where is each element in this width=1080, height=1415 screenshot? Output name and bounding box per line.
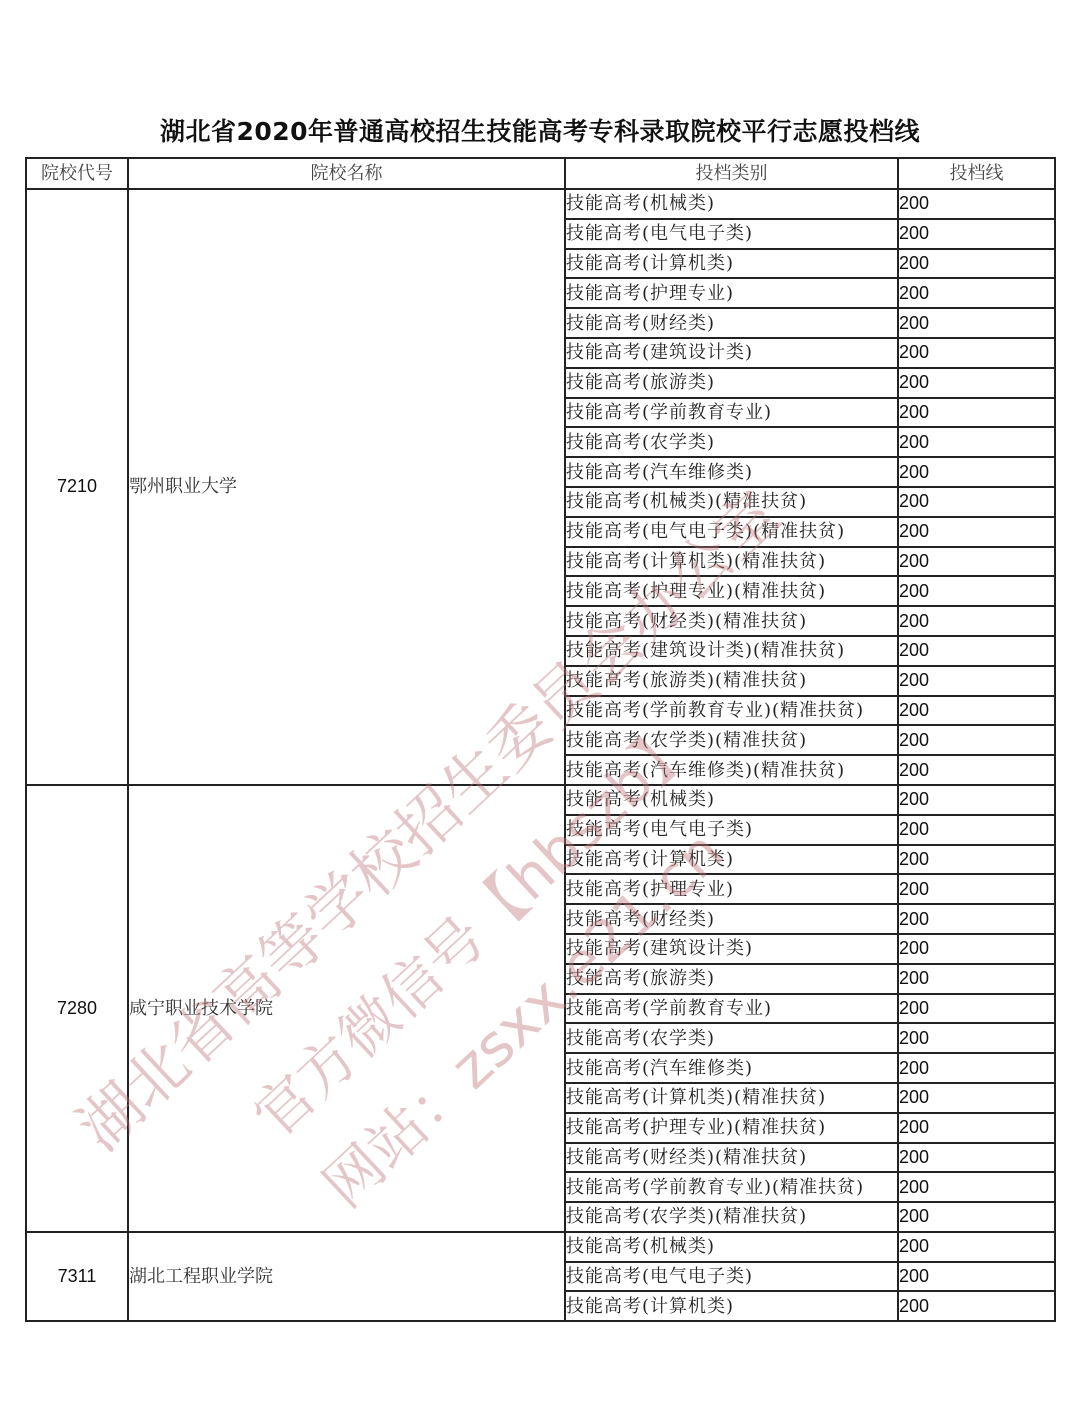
header-school-code: 院校代号 — [26, 158, 128, 189]
table-body: 7210鄂州职业大学技能高考(机械类)200技能高考(电气电子类)200技能高考… — [26, 189, 1055, 1321]
admission-category: 技能高考(护理专业) — [565, 874, 898, 904]
score-line: 200 — [898, 904, 1055, 934]
school-name: 湖北工程职业学院 — [128, 1232, 565, 1321]
score-line: 200 — [898, 1232, 1055, 1262]
admission-category: 技能高考(汽车维修类) — [565, 457, 898, 487]
school-name: 咸宁职业技术学院 — [128, 785, 565, 1232]
table-row: 7210鄂州职业大学技能高考(机械类)200 — [26, 189, 1055, 219]
score-line: 200 — [898, 785, 1055, 815]
admission-category: 技能高考(学前教育专业) — [565, 994, 898, 1024]
admission-category: 技能高考(电气电子类)(精准扶贫) — [565, 517, 898, 547]
score-line: 200 — [898, 1113, 1055, 1143]
school-code: 7210 — [26, 189, 128, 785]
school-code: 7280 — [26, 785, 128, 1232]
score-line: 200 — [898, 249, 1055, 279]
admission-category: 技能高考(电气电子类) — [565, 815, 898, 845]
score-line: 200 — [898, 278, 1055, 308]
score-line: 200 — [898, 576, 1055, 606]
score-line: 200 — [898, 636, 1055, 666]
score-line: 200 — [898, 1083, 1055, 1113]
admission-category: 技能高考(财经类) — [565, 904, 898, 934]
admission-category: 技能高考(农学类) — [565, 427, 898, 457]
admission-category: 技能高考(建筑设计类) — [565, 934, 898, 964]
admission-category: 技能高考(计算机类) — [565, 1291, 898, 1321]
admission-category: 技能高考(农学类)(精准扶贫) — [565, 725, 898, 755]
admission-score-table: 院校代号 院校名称 投档类别 投档线 7210鄂州职业大学技能高考(机械类)20… — [25, 157, 1056, 1322]
score-line: 200 — [898, 815, 1055, 845]
score-line: 200 — [898, 457, 1055, 487]
school-name: 鄂州职业大学 — [128, 189, 565, 785]
score-line: 200 — [898, 1262, 1055, 1292]
admission-category: 技能高考(汽车维修类) — [565, 1053, 898, 1083]
admission-category: 技能高考(学前教育专业)(精准扶贫) — [565, 1172, 898, 1202]
score-line: 200 — [898, 934, 1055, 964]
admission-category: 技能高考(建筑设计类) — [565, 338, 898, 368]
score-line: 200 — [898, 1053, 1055, 1083]
admission-category: 技能高考(旅游类) — [565, 964, 898, 994]
admission-category: 技能高考(汽车维修类)(精准扶贫) — [565, 755, 898, 785]
admission-category: 技能高考(建筑设计类)(精准扶贫) — [565, 636, 898, 666]
score-line: 200 — [898, 398, 1055, 428]
score-line: 200 — [898, 1172, 1055, 1202]
header-category: 投档类别 — [565, 158, 898, 189]
score-line: 200 — [898, 874, 1055, 904]
admission-category: 技能高考(旅游类) — [565, 368, 898, 398]
score-line: 200 — [898, 845, 1055, 875]
score-line: 200 — [898, 308, 1055, 338]
score-line: 200 — [898, 427, 1055, 457]
admission-category: 技能高考(电气电子类) — [565, 219, 898, 249]
score-line: 200 — [898, 1143, 1055, 1173]
score-line: 200 — [898, 1202, 1055, 1232]
admission-category: 技能高考(学前教育专业)(精准扶贫) — [565, 696, 898, 726]
admission-category: 技能高考(计算机类) — [565, 845, 898, 875]
score-line: 200 — [898, 755, 1055, 785]
admission-category: 技能高考(财经类)(精准扶贫) — [565, 1143, 898, 1173]
admission-category: 技能高考(计算机类) — [565, 249, 898, 279]
admission-category: 技能高考(电气电子类) — [565, 1262, 898, 1292]
table-row: 7311湖北工程职业学院技能高考(机械类)200 — [26, 1232, 1055, 1262]
table-row: 7280咸宁职业技术学院技能高考(机械类)200 — [26, 785, 1055, 815]
admission-category: 技能高考(护理专业)(精准扶贫) — [565, 576, 898, 606]
score-line: 200 — [898, 219, 1055, 249]
score-line: 200 — [898, 606, 1055, 636]
admission-category: 技能高考(护理专业)(精准扶贫) — [565, 1113, 898, 1143]
admission-category: 技能高考(机械类)(精准扶贫) — [565, 487, 898, 517]
score-line: 200 — [898, 994, 1055, 1024]
header-school-name: 院校名称 — [128, 158, 565, 189]
score-line: 200 — [898, 338, 1055, 368]
admission-category: 技能高考(机械类) — [565, 189, 898, 219]
score-line: 200 — [898, 696, 1055, 726]
admission-category: 技能高考(财经类) — [565, 308, 898, 338]
admission-category: 技能高考(计算机类)(精准扶贫) — [565, 547, 898, 577]
admission-category: 技能高考(旅游类)(精准扶贫) — [565, 666, 898, 696]
admission-category: 技能高考(农学类) — [565, 1023, 898, 1053]
score-line: 200 — [898, 487, 1055, 517]
score-line: 200 — [898, 725, 1055, 755]
school-code: 7311 — [26, 1232, 128, 1321]
table-header-row: 院校代号 院校名称 投档类别 投档线 — [26, 158, 1055, 189]
admission-category: 技能高考(财经类)(精准扶贫) — [565, 606, 898, 636]
score-line: 200 — [898, 666, 1055, 696]
admission-category: 技能高考(农学类)(精准扶贫) — [565, 1202, 898, 1232]
score-line: 200 — [898, 517, 1055, 547]
admission-category: 技能高考(机械类) — [565, 785, 898, 815]
admission-category: 技能高考(护理专业) — [565, 278, 898, 308]
score-line: 200 — [898, 1291, 1055, 1321]
admission-category: 技能高考(计算机类)(精准扶贫) — [565, 1083, 898, 1113]
score-line: 200 — [898, 1023, 1055, 1053]
admission-category: 技能高考(学前教育专业) — [565, 398, 898, 428]
score-line: 200 — [898, 964, 1055, 994]
header-score-line: 投档线 — [898, 158, 1055, 189]
admission-category: 技能高考(机械类) — [565, 1232, 898, 1262]
document-title: 湖北省2020年普通高校招生技能高考专科录取院校平行志愿投档线 — [0, 112, 1080, 148]
score-line: 200 — [898, 547, 1055, 577]
score-line: 200 — [898, 189, 1055, 219]
score-line: 200 — [898, 368, 1055, 398]
